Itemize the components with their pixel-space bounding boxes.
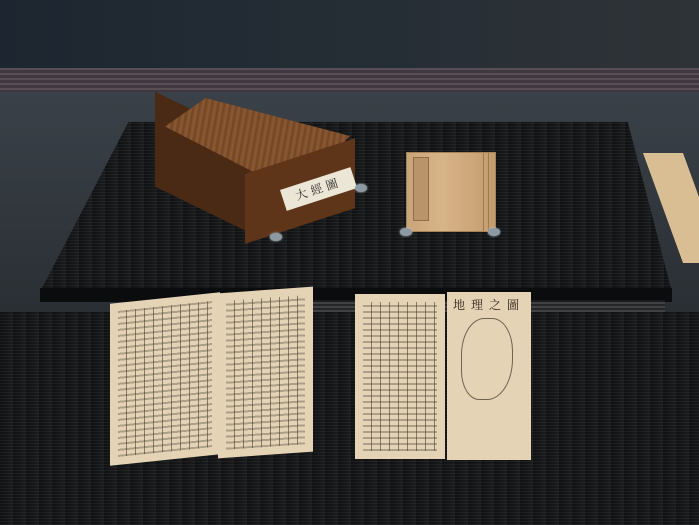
stand-icon bbox=[400, 228, 412, 236]
open-book-left bbox=[110, 290, 315, 470]
binding bbox=[488, 153, 489, 231]
right-page bbox=[218, 287, 313, 459]
map-header: 地理之圖 bbox=[447, 296, 531, 313]
text-columns bbox=[226, 295, 305, 450]
map-outline bbox=[461, 318, 513, 400]
stand-icon bbox=[270, 233, 282, 241]
wooden-box bbox=[155, 98, 355, 230]
stand-icon bbox=[488, 228, 500, 236]
display-case-scene: 大經圖 地理之圖 bbox=[0, 0, 699, 525]
text-columns bbox=[363, 302, 437, 451]
left-page bbox=[355, 294, 445, 459]
lower-plinth bbox=[0, 312, 699, 525]
back-wall bbox=[0, 0, 699, 70]
text-columns bbox=[118, 301, 212, 457]
closed-book bbox=[406, 152, 496, 232]
display-rail bbox=[0, 68, 699, 93]
upper-plinth bbox=[40, 122, 672, 292]
open-book-right: 地理之圖 bbox=[355, 290, 535, 470]
left-page bbox=[110, 292, 220, 466]
map-page: 地理之圖 bbox=[447, 292, 531, 460]
stand-icon bbox=[355, 184, 367, 192]
title-slip bbox=[413, 157, 429, 221]
